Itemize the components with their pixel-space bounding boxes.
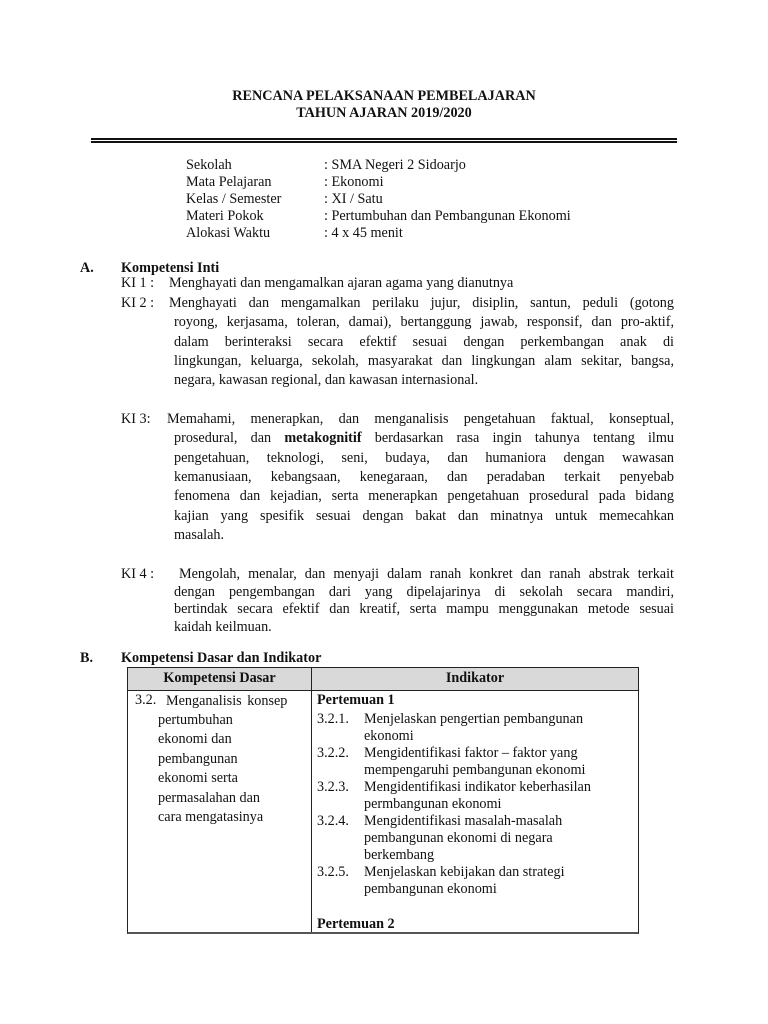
ki-text-line: lingkungan, keluarga, sekolah, masyaraka… — [174, 352, 674, 371]
column-divider — [311, 668, 312, 932]
identity-value: : SMA Negeri 2 Sidoarjo — [324, 157, 466, 174]
indicator-line: ekonomi — [364, 728, 414, 745]
ki-label: KI 1 : — [121, 274, 154, 293]
ki-text-line: pengetahuan, teknologi, seni, budaya, da… — [174, 449, 674, 468]
double-rule-divider — [91, 138, 677, 143]
ki-text-line: Memahami, menerapkan, dan menganalisis p… — [167, 410, 674, 429]
document-title: RENCANA PELAKSANAAN PEMBELAJARAN — [0, 88, 768, 105]
indicator-number: 3.2.4. — [317, 813, 349, 830]
identity-label: Mata Pelajaran — [186, 174, 271, 191]
indicator-line: Mengidentifikasi faktor – faktor yang — [364, 745, 578, 762]
ki-text: Menghayati dan mengamalkan ajaran agama … — [169, 274, 513, 293]
indicator-line: pembangunan ekonomi — [364, 881, 497, 898]
identity-label: Alokasi Waktu — [186, 225, 270, 242]
identity-value: : Ekonomi — [324, 174, 384, 191]
ki-text-line: kajian yang spesifik sesuai dengan bakat… — [174, 507, 674, 526]
ki-text-line: masalah. — [174, 526, 224, 545]
indicator-line: berkembang — [364, 847, 434, 864]
ki-text-line: prosedural, dan metakognitif berdasarkan… — [174, 429, 674, 448]
kd-line: permasalahan dan — [158, 790, 260, 807]
ki-label: KI 3: — [121, 410, 151, 429]
meeting-2-heading: Pertemuan 2 — [317, 916, 395, 933]
ki-text-line: fenomena dan kejadian, serta menerapkan … — [174, 487, 674, 506]
ki-text-line: Menghayati dan mengamalkan perilaku juju… — [169, 294, 674, 313]
ki-text-line: negara, kawasan regional, dan kawasan in… — [174, 371, 478, 390]
identity-value: : XI / Satu — [324, 191, 383, 208]
ki-label: KI 2 : — [121, 294, 154, 313]
kd-line: cara mengatasinya — [158, 809, 263, 826]
section-letter: A. — [80, 260, 94, 277]
kd-line: pertumbuhan — [158, 712, 233, 729]
ki-text-line: dengan pengembangan dari yang dipelajari… — [174, 584, 674, 602]
ki-text-bold: metakognitif — [284, 430, 361, 446]
ki-text-fragment: berdasarkan rasa ingin tahunya tentang i… — [375, 430, 674, 446]
indicator-number: 3.2.5. — [317, 864, 349, 881]
indicator-line: pembangunan ekonomi di negara — [364, 830, 553, 847]
indicator-number: 3.2.1. — [317, 711, 349, 728]
kd-number: 3.2. — [135, 692, 156, 709]
academic-year: TAHUN AJARAN 2019/2020 — [0, 105, 768, 122]
indicator-line: permbangunan ekonomi — [364, 796, 502, 813]
ki-text-line: Mengolah, menalar, dan menyaji dalam ran… — [179, 566, 674, 584]
section-title: Kompetensi Dasar dan Indikator — [121, 650, 321, 667]
identity-value: : Pertumbuhan dan Pembangunan Ekonomi — [324, 208, 571, 225]
kd-line: ekonomi dan — [158, 731, 232, 748]
indicator-number: 3.2.2. — [317, 745, 349, 762]
ki-text-line: kaidah keilmuan. — [174, 619, 272, 637]
ki-text-line: kemanusiaan, kebangsaan, kenegaraan, dan… — [174, 468, 674, 487]
ki-text-line: dalam berinteraksi secara efektif sesuai… — [174, 333, 674, 352]
indicator-line: Menjelaskan kebijakan dan strategi — [364, 864, 565, 881]
table-header-kd: Kompetensi Dasar — [128, 670, 311, 687]
meeting-1-heading: Pertemuan 1 — [317, 692, 395, 709]
kd-indicator-table: Kompetensi Dasar Indikator 3.2. Menganal… — [127, 667, 639, 934]
section-letter: B. — [80, 650, 93, 667]
indicator-line: Mengidentifikasi masalah-masalah — [364, 813, 562, 830]
identity-label: Sekolah — [186, 157, 232, 174]
ki-label: KI 4 : — [121, 566, 154, 584]
ki-text-line: royong, kerjasama, toleran, damai), bert… — [174, 313, 674, 332]
identity-label: Materi Pokok — [186, 208, 264, 225]
ki-text-fragment: prosedural, dan — [174, 430, 271, 446]
table-header-row: Kompetensi Dasar Indikator — [128, 668, 638, 691]
indicator-line: Menjelaskan pengertian pembangunan — [364, 711, 583, 728]
ki-text-line: bertindak secara efektif dan kreatif, se… — [174, 601, 674, 619]
identity-value: : 4 x 45 menit — [324, 225, 403, 242]
kd-line: pembangunan — [158, 751, 238, 768]
kd-line: Menganalisis konsep — [166, 692, 287, 712]
indicator-number: 3.2.3. — [317, 779, 349, 796]
kd-line: ekonomi serta — [158, 770, 238, 787]
identity-label: Kelas / Semester — [186, 191, 281, 208]
indicator-line: Mengidentifikasi indikator keberhasilan — [364, 779, 591, 796]
indicator-line: mempengaruhi pembangunan ekonomi — [364, 762, 585, 779]
table-header-indicator: Indikator — [312, 670, 638, 687]
